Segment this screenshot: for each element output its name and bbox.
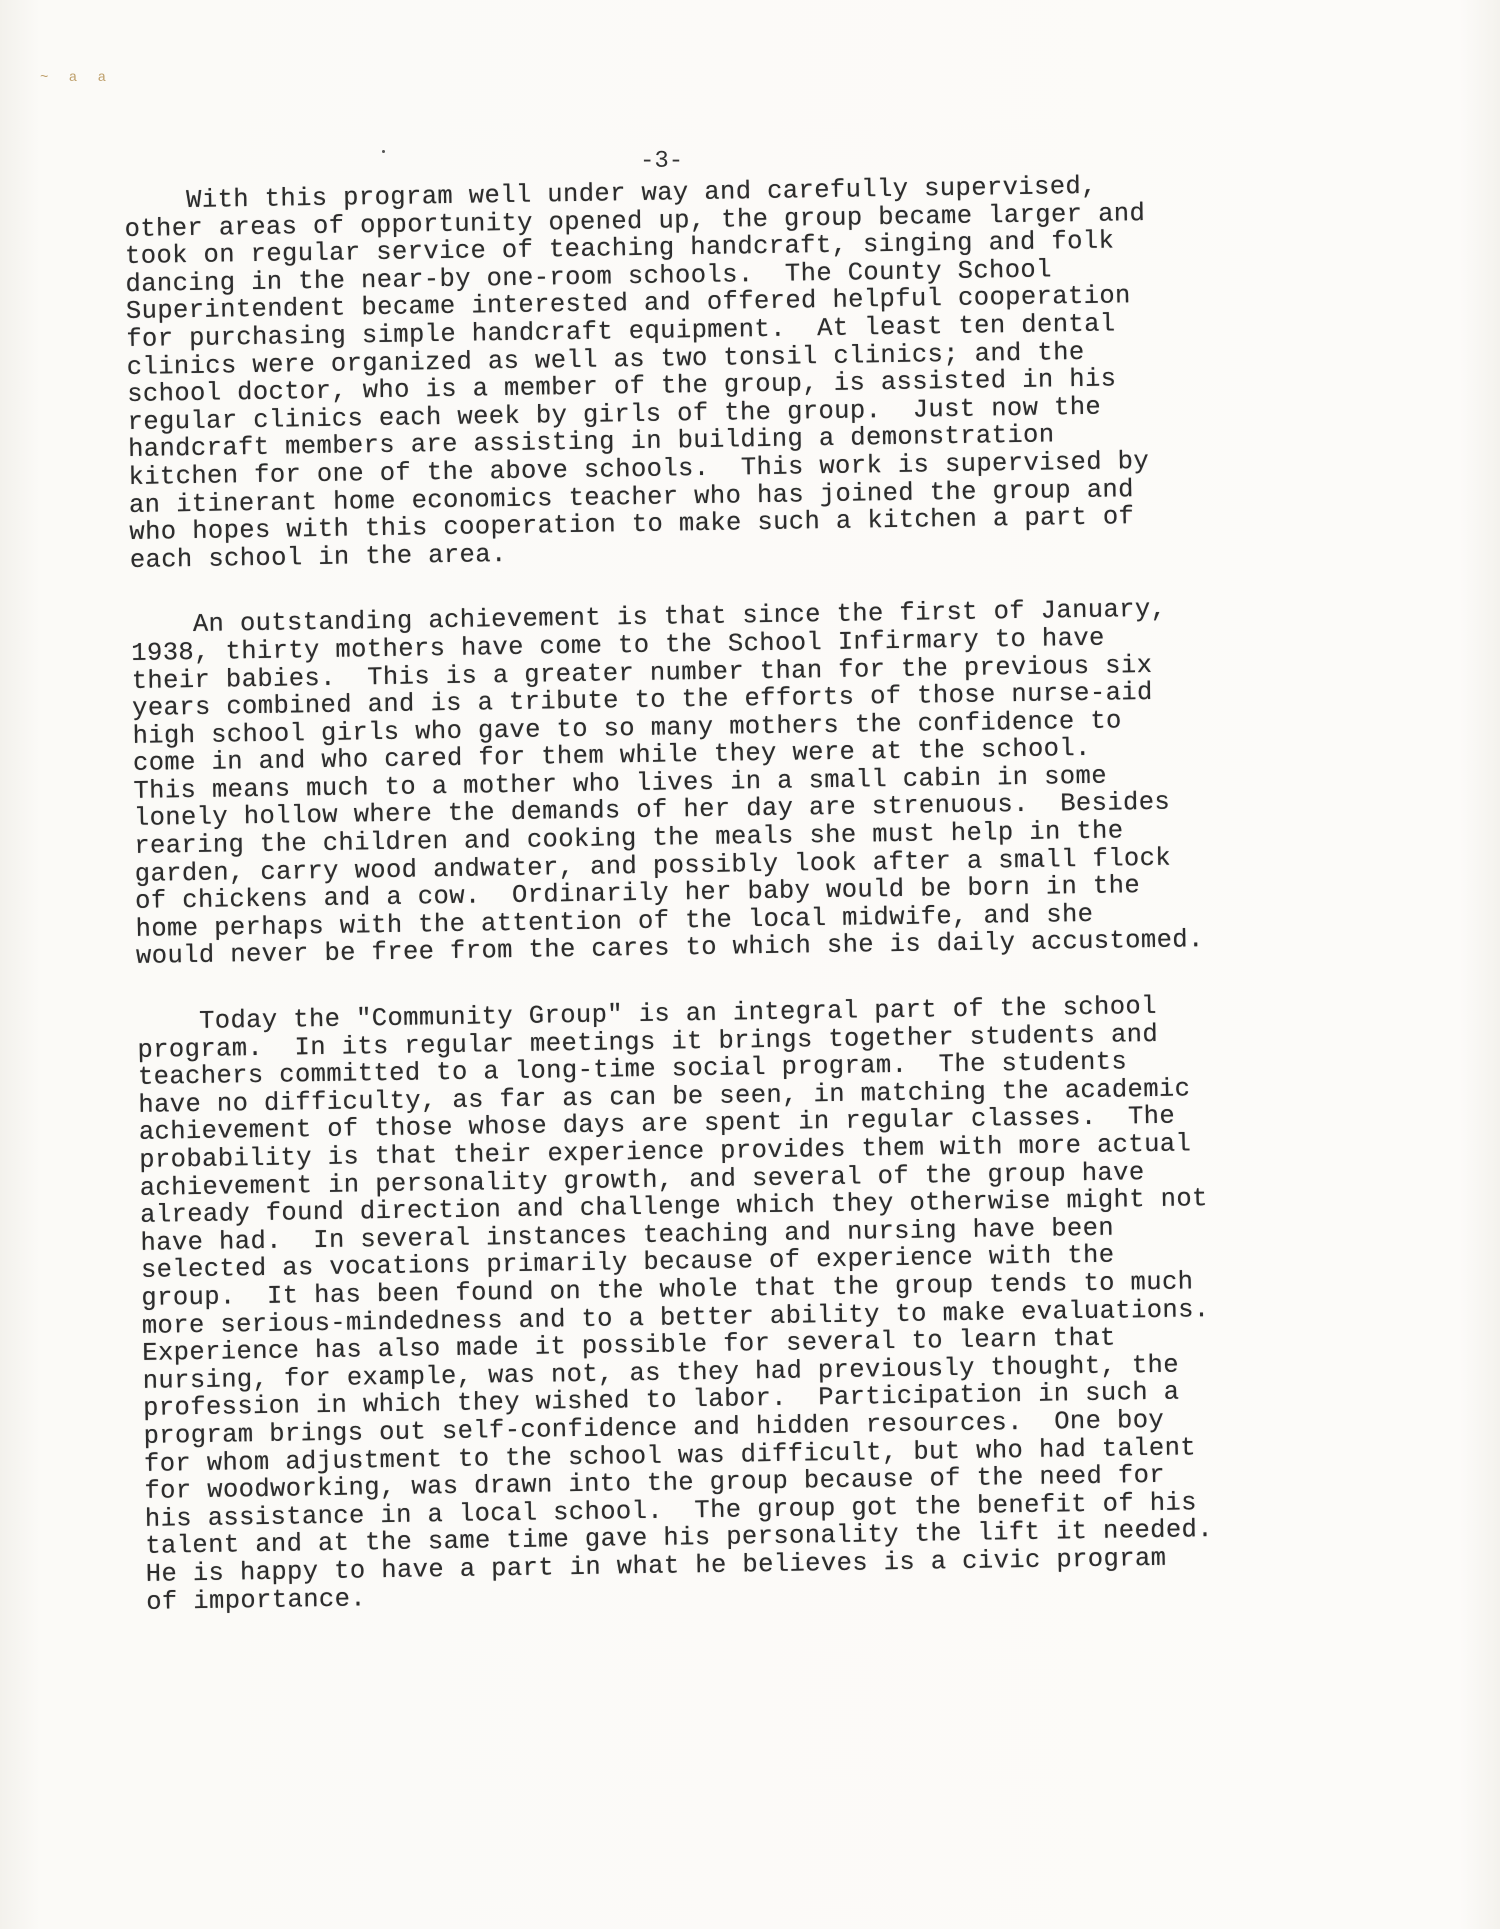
body-text: With this program well under way and car… [124,168,1407,1654]
paragraph-3: Today the "Community Group" is an integr… [137,989,1406,1616]
paragraph-2: An outstanding achievement is that since… [131,592,1396,970]
typewritten-page: ~ a a -3- With this program well under w… [0,0,1500,1929]
paragraph-1: With this program well under way and car… [124,168,1390,574]
page-number: -3- [640,148,683,175]
ink-speck [382,150,385,153]
corner-mark: ~ a a [40,70,112,86]
